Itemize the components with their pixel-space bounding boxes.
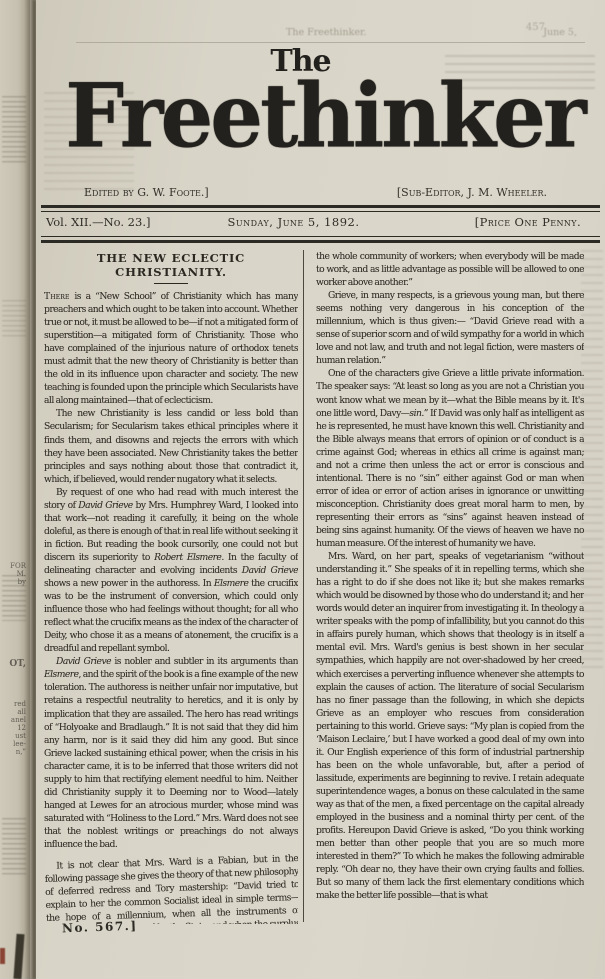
editor-line: Edited by G. W. Foote.] [Sub-Editor, J. … <box>84 186 547 199</box>
double-rule-bottom-thick <box>41 240 600 243</box>
article-paragraph: The new Christianity is less candid or l… <box>44 407 298 485</box>
title-rule <box>154 283 188 284</box>
text-run: Mrs. Ward, on her part, speaks of vegeta… <box>316 551 584 901</box>
article-paragraph: Grieve, in many respects, is a grievous … <box>316 289 584 367</box>
article-paragraph: the whole community of workers; when eve… <box>316 250 584 289</box>
article-paragraph: One of the characters give Grieve a litt… <box>316 367 584 550</box>
text-run: the crucifix was to be the instrument of… <box>44 578 298 654</box>
article-paragraph: Mrs. Ward, on her part, speaks of vegeta… <box>316 550 584 902</box>
text-run: It is not clear that Mrs. Ward is a Fabi… <box>45 853 298 924</box>
article-title: THE NEW ECLECTIC CHRISTIANITY. <box>44 251 298 279</box>
text-run: , and the spirit of the book is a fine e… <box>44 669 298 850</box>
article-column-left: THE NEW ECLECTIC CHRISTIANITY. There is … <box>44 250 298 924</box>
article-column-right: the whole community of workers; when eve… <box>316 250 584 924</box>
italic-text-run: Elsmere <box>214 578 249 589</box>
double-rule-top-thin <box>41 211 600 212</box>
text-run: is nobler and subtler in its arguments t… <box>111 656 298 667</box>
adjacent-page-text-smudge <box>2 818 26 878</box>
article-columns: THE NEW ECLECTIC CHRISTIANITY. There is … <box>44 250 597 924</box>
text-run: There <box>44 291 70 302</box>
bleedthrough-running-header: The Freethinker. <box>286 27 366 38</box>
text-run: shows a new power in the authoress. In <box>44 578 214 589</box>
italic-text-run: Robert Elsmere <box>154 552 221 563</box>
article-paragraph: David Grieve is nobler and subtler in it… <box>44 655 298 851</box>
text-run: .” If David was only half as intelligent… <box>316 408 584 549</box>
masthead-title: Freethinker <box>44 70 605 163</box>
adjacent-page-text-smudge <box>2 300 26 340</box>
newspaper-page: The Freethinker. 457 June 5, The Freethi… <box>36 0 605 979</box>
article-paragraph: By request of one who had read with much… <box>44 486 298 656</box>
text-run: the whole community of workers; when eve… <box>316 251 584 288</box>
italic-text-run: David Grieve <box>78 500 132 511</box>
text-run: The new Christianity is less candid or l… <box>44 408 298 484</box>
dateline: Vol. XII.—No. 23.] Sunday, June 5, 1892.… <box>46 215 581 229</box>
italic-text-run: Elsmere <box>44 669 79 680</box>
text-run: is a “New School” of Christianity which … <box>44 291 298 406</box>
bleedthrough-date: June 5, <box>543 27 577 38</box>
red-binding-mark <box>0 948 5 964</box>
double-rule-top-thick <box>41 205 600 208</box>
article-paragraph: It is not clear that Mrs. Ward is a Fabi… <box>44 852 298 924</box>
adjacent-page-text-smudge <box>2 96 26 166</box>
italic-text-run: David Grieve <box>56 656 111 667</box>
italic-text-run: sin <box>409 408 421 419</box>
issue-date: Sunday, June 5, 1892. <box>46 215 541 229</box>
issue-number-folio: No. 567.] <box>62 919 138 936</box>
text-run: Grieve, in many respects, is a grievous … <box>316 290 584 366</box>
double-rule-bottom-thin <box>41 236 600 237</box>
scanned-newspaper-page: FOR M. by OT, red all anel 12 ust lee- n… <box>0 0 605 979</box>
editor-left: Edited by G. W. Foote.] <box>84 186 209 199</box>
editor-right: [Sub-Editor, J. M. Wheeler. <box>397 186 547 199</box>
italic-text-run: David Grieve <box>242 565 298 576</box>
bleedthrough-rule <box>76 42 585 43</box>
article-paragraph: There is a “New School” of Christianity … <box>44 290 298 407</box>
